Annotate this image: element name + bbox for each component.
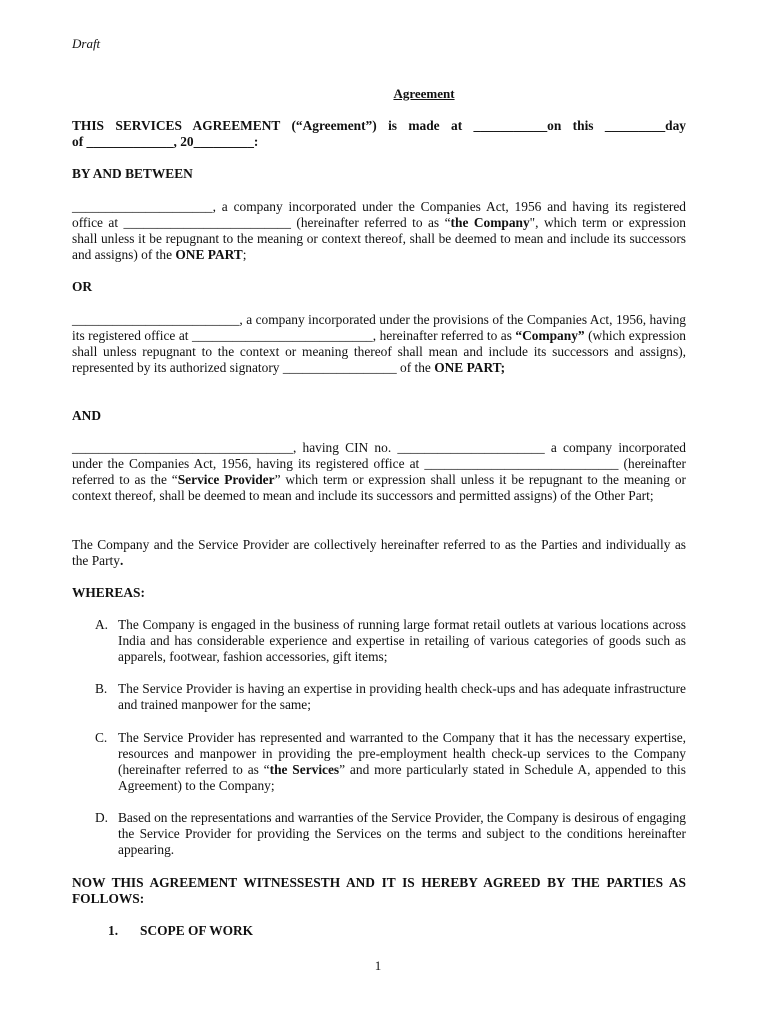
collective-paragraph: The Company and the Service Provider are… xyxy=(72,537,686,569)
recital-b: B. The Service Provider is having an exp… xyxy=(95,681,686,713)
whereas-heading: WHEREAS: xyxy=(72,585,686,601)
recital-c: C. The Service Provider has represented … xyxy=(95,730,686,794)
draft-label: Draft xyxy=(72,36,100,52)
recital-marker: C. xyxy=(95,730,107,746)
services-defined-term: the Services xyxy=(270,762,340,777)
or-heading: OR xyxy=(72,279,686,295)
intro-paragraph: THIS SERVICES AGREEMENT (“Agreement”) is… xyxy=(72,118,686,150)
page-number: 1 xyxy=(0,958,756,974)
intro-line-1: THIS SERVICES AGREEMENT (“Agreement”) is… xyxy=(72,118,686,134)
party-one-paragraph: _____________________, a company incorpo… xyxy=(72,199,686,263)
service-provider-defined-term: Service Provider xyxy=(178,472,275,487)
party-one-alt-defined-term: “Company” xyxy=(515,328,584,343)
document-title: Agreement xyxy=(0,86,768,102)
recital-marker: B. xyxy=(95,681,107,697)
recital-marker: D. xyxy=(95,810,108,826)
witnesseth-clause: NOW THIS AGREEMENT WITNESSESTH AND IT IS… xyxy=(72,875,686,907)
recital-marker: A. xyxy=(95,617,108,633)
party-one-alt-paragraph: _________________________, a company inc… xyxy=(72,312,686,376)
intro-line-2: of _____________, 20_________: xyxy=(72,134,686,150)
recital-d: D. Based on the representations and warr… xyxy=(95,810,686,858)
section-1-number: 1. xyxy=(108,923,118,939)
recital-a: A. The Company is engaged in the busines… xyxy=(95,617,686,665)
by-and-between-heading: BY AND BETWEEN xyxy=(72,166,686,182)
section-1-heading: SCOPE OF WORK xyxy=(140,923,253,939)
party-one-defined-term: the Company xyxy=(451,215,530,230)
party-two-paragraph: _________________________________, havin… xyxy=(72,440,686,504)
and-heading: AND xyxy=(72,408,686,424)
